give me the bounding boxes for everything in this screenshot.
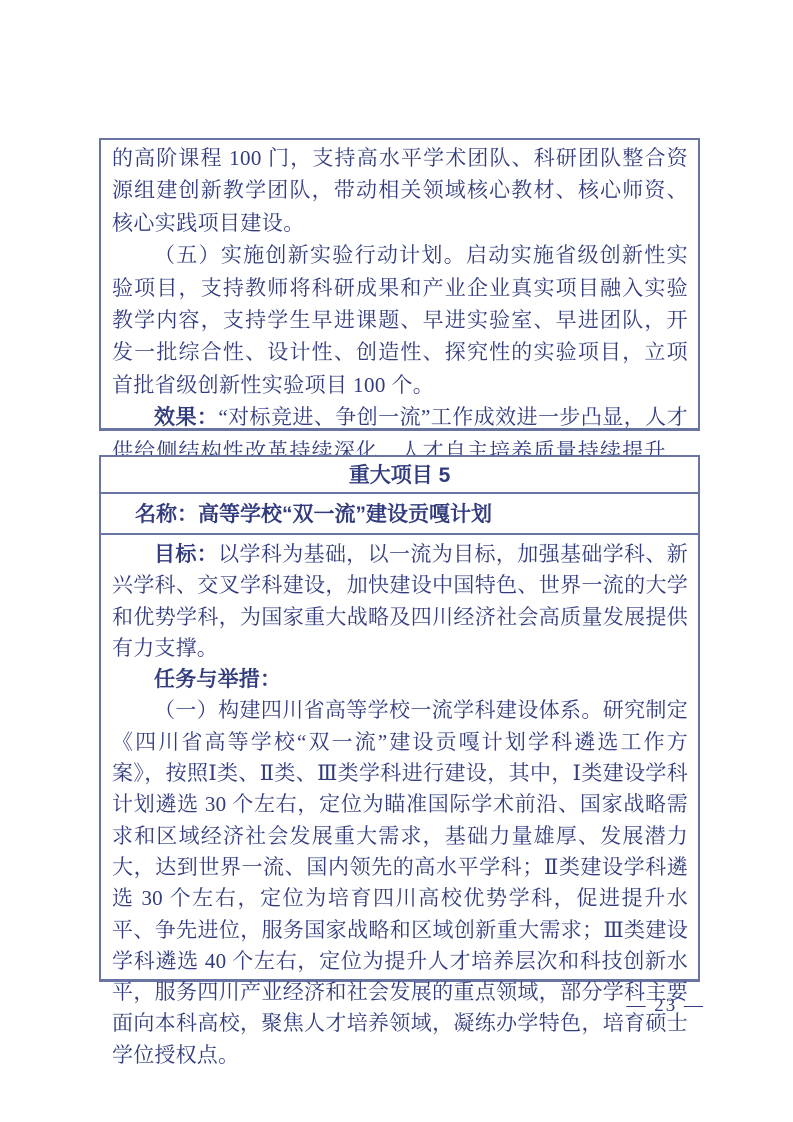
project-body: 目标：以学科为基础，以一流为目标，加强基础学科、新兴学科、交叉学科建设，加快建设… <box>101 535 698 1071</box>
project-name-label: 名称： <box>135 503 198 526</box>
effect-label: 效果： <box>154 406 218 429</box>
project-header: 重大项目 5 <box>101 457 698 494</box>
paragraph-discipline-system: （一）构建四川省高等学校一流学科建设体系。研究制定《四川省高等学校“双一流”建设… <box>112 695 688 1071</box>
project-name-text: 高等学校“双一流”建设贡嘎计划 <box>198 503 492 526</box>
project-name-row: 名称：高等学校“双一流”建设贡嘎计划 <box>101 494 698 535</box>
page-number: — 23 — <box>627 995 706 1017</box>
goal-label: 目标： <box>154 543 218 566</box>
paragraph-innovation-experiment-plan: （五）实施创新实验行动计划。启动实施省级创新性实验项目，支持教师将科研成果和产业… <box>112 239 688 401</box>
paragraph-goal: 目标：以学科为基础，以一流为目标，加强基础学科、新兴学科、交叉学科建设，加快建设… <box>112 539 688 664</box>
major-project-5-box: 重大项目 5 名称：高等学校“双一流”建设贡嘎计划 目标：以学科为基础，以一流为… <box>99 455 700 982</box>
tasks-label: 任务与举措： <box>154 668 281 691</box>
paragraph-tasks-heading: 任务与举措： <box>112 664 688 695</box>
paragraph-course-teams: 的高阶课程 100 门，支持高水平学术团队、科研团队整合资源组建创新教学团队，带… <box>112 142 688 239</box>
continuation-text-box: 的高阶课程 100 门，支持高水平学术团队、科研团队整合资源组建创新教学团队，带… <box>99 138 700 431</box>
document-page: { "colors": { "ink": "#323c7d", "border"… <box>0 0 793 1122</box>
